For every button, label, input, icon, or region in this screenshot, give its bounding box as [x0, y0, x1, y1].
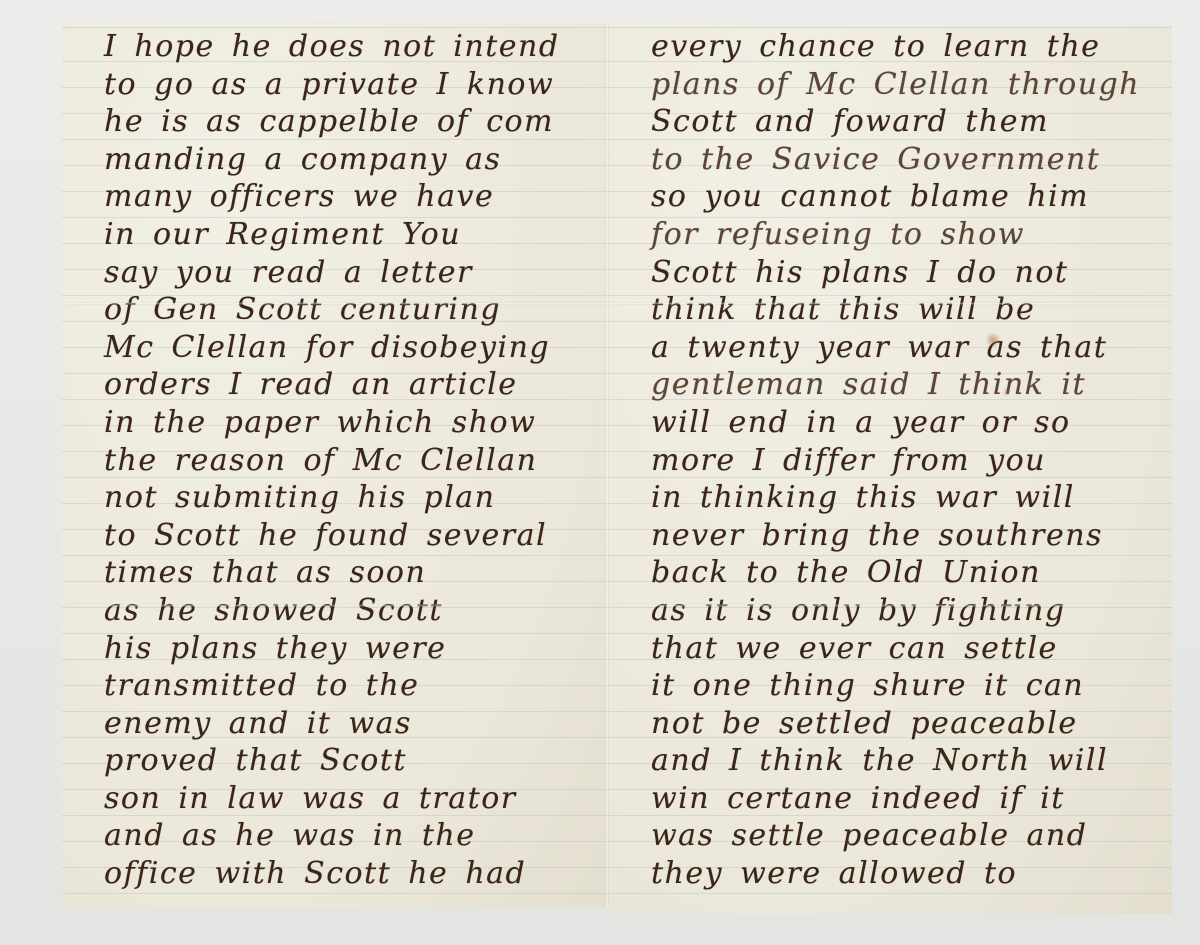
handwritten-line: proved that Scott: [104, 742, 607, 780]
handwritten-line: never bring the southrens: [651, 517, 1172, 555]
handwritten-line: enemy and it was: [104, 705, 607, 743]
handwritten-line: gentleman said I think it: [651, 366, 1172, 404]
handwritten-line: will end in a year or so: [651, 404, 1172, 442]
handwritten-line: I hope he does not intend: [104, 28, 607, 66]
handwritten-line: to the Savice Government: [651, 141, 1172, 179]
handwritten-line: in our Regiment You: [104, 216, 607, 254]
handwritten-line: in the paper which show: [104, 404, 607, 442]
left-page-text: I hope he does not intend to go as a pri…: [62, 28, 607, 893]
handwritten-line: manding a company as: [104, 141, 607, 179]
vertical-fold-crease: [605, 22, 609, 914]
handwritten-line: orders I read an article: [104, 366, 607, 404]
handwritten-line: they were allowed to: [651, 855, 1172, 893]
handwritten-line: more I differ from you: [651, 442, 1172, 480]
handwritten-line: a twenty year war as that: [651, 329, 1172, 367]
handwritten-line: to Scott he found several: [104, 517, 607, 555]
handwritten-line: and as he was in the: [104, 817, 607, 855]
handwritten-line: office with Scott he had: [104, 855, 607, 893]
handwritten-line: was settle peaceable and: [651, 817, 1172, 855]
handwritten-line: many officers we have: [104, 178, 607, 216]
handwritten-line: his plans they were: [104, 630, 607, 668]
right-page-text: every chance to learn the plans of Mc Cl…: [607, 28, 1172, 893]
handwritten-line: not be settled peaceable: [651, 705, 1172, 743]
horizontal-fold-crease: [62, 604, 1172, 607]
handwritten-line: every chance to learn the: [651, 28, 1172, 66]
horizontal-fold-crease: [62, 302, 1172, 305]
ink-stain: [1002, 387, 1012, 397]
handwritten-line: son in law was a trator: [104, 780, 607, 818]
handwritten-line: think that this will be: [651, 291, 1172, 329]
handwritten-line: to go as a private I know: [104, 66, 607, 104]
handwritten-line: that we ever can settle: [651, 630, 1172, 668]
handwritten-line: it one thing shure it can: [651, 667, 1172, 705]
handwritten-line: of Gen Scott centuring: [104, 291, 607, 329]
right-page: every chance to learn the plans of Mc Cl…: [607, 22, 1172, 914]
handwritten-line: not submiting his plan: [104, 479, 607, 517]
handwritten-line: the reason of Mc Clellan: [104, 442, 607, 480]
handwritten-line: he is as cappelble of com: [104, 103, 607, 141]
handwritten-line: and I think the North will: [651, 742, 1172, 780]
ink-stain: [985, 332, 1001, 348]
handwritten-line: for refuseing to show: [651, 216, 1172, 254]
left-page: I hope he does not intend to go as a pri…: [62, 22, 607, 914]
handwritten-line: in thinking this war will: [651, 479, 1172, 517]
letter-sheet: I hope he does not intend to go as a pri…: [62, 22, 1172, 914]
handwritten-line: Scott and foward them: [651, 103, 1172, 141]
handwritten-line: transmitted to the: [104, 667, 607, 705]
handwritten-line: win certane indeed if it: [651, 780, 1172, 818]
handwritten-line: as he showed Scott: [104, 592, 607, 630]
handwritten-line: plans of Mc Clellan through: [651, 66, 1172, 104]
handwritten-line: say you read a letter: [104, 254, 607, 292]
handwritten-line: back to the Old Union: [651, 554, 1172, 592]
handwritten-line: times that as soon: [104, 554, 607, 592]
handwritten-line: so you cannot blame him: [651, 178, 1172, 216]
handwritten-line: Scott his plans I do not: [651, 254, 1172, 292]
handwritten-line: Mc Clellan for disobeying: [104, 329, 607, 367]
handwritten-line: as it is only by fighting: [651, 592, 1172, 630]
